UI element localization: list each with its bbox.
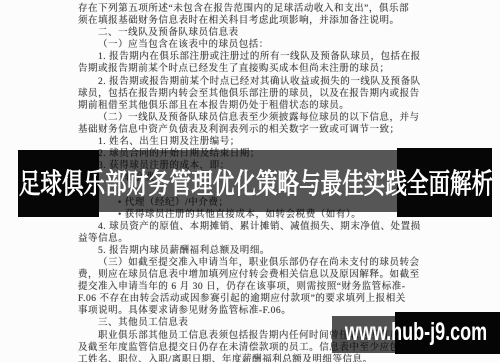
doc-line: （三）如截至提交准入申请当年，职业俱乐部仍存在尚未支付的球员转会 [78,257,498,269]
doc-line: 益等信息。 [78,233,498,245]
doc-line: 2. 报告期或报告期前某个时点已经对其确认收益或损失的一线队及预备队 [78,76,498,88]
doc-line: 存在下列第五项所述“未包含在报告范围内的足球活动收入和支出”，俱乐部 [78,3,498,15]
doc-line: 期前租借至其他俱乐部且在本报告期仍处于租借状态的球员。 [78,100,498,112]
doc-line: 1. 报告期内在俱乐部注册或注册过的所有一线队及预备队球员，包括在报 [78,51,498,63]
doc-line: 5. 报告期内球员薪酬福利总额及明细。 [78,245,498,257]
doc-line: 工姓名、职位、入职/离职日期、年度薪酬福利总额及明细等信息。 [78,354,498,362]
doc-line: F.06 不存在由转会活动或因参赛引起的逾期应付款项”的要求填列上报相关 [78,293,498,305]
doc-line: 告期或报告期前某个时点已经发生了直接购买成本但尚未注册的球员； [78,63,498,75]
watermark-url-text: www.hub-j9.com [345,320,487,345]
doc-line: 须在填报基础财务信息表时在相关科目考虑此项影响，并添加备注说明。 [78,15,498,27]
doc-line: 费，则应在球员信息表中增加填列应付转会费相关信息以及原因解释。如截至 [78,269,498,281]
doc-line: 基础财务信息中资产负债表及利润表列示的相关数字一致或可调节一致； [78,124,498,136]
doc-line: 二、一线队及预备队球员信息表 [78,27,498,39]
doc-line: 1. 姓名、出生日期及注册编号； [78,136,498,148]
watermark: www.hub-j9.com [332,312,500,354]
doc-line: （一）应当包含在该表中的球员包括： [78,39,498,51]
doc-line: 提交准入申请当年的 6 月 30 日，仍存在该事项，则需按照“财务监管标准- [78,281,498,293]
title-banner: 足球俱乐部财务管理优化策略与最佳实践全面解析 [0,150,500,217]
doc-line: 4. 球员资产的原值、本期摊销、累计摊销、减值损失、期末净值、处置损 [78,221,498,233]
doc-line: 球员，包括在报告期内转会至其他俱乐部注册的球员，以及在报告期内或报告 [78,88,498,100]
doc-line: （二）一线队及预备队球员信息表至少须披露每位球员的以下信息，并与 [78,112,498,124]
page-title: 足球俱乐部财务管理优化策略与最佳实践全面解析 [19,170,493,198]
